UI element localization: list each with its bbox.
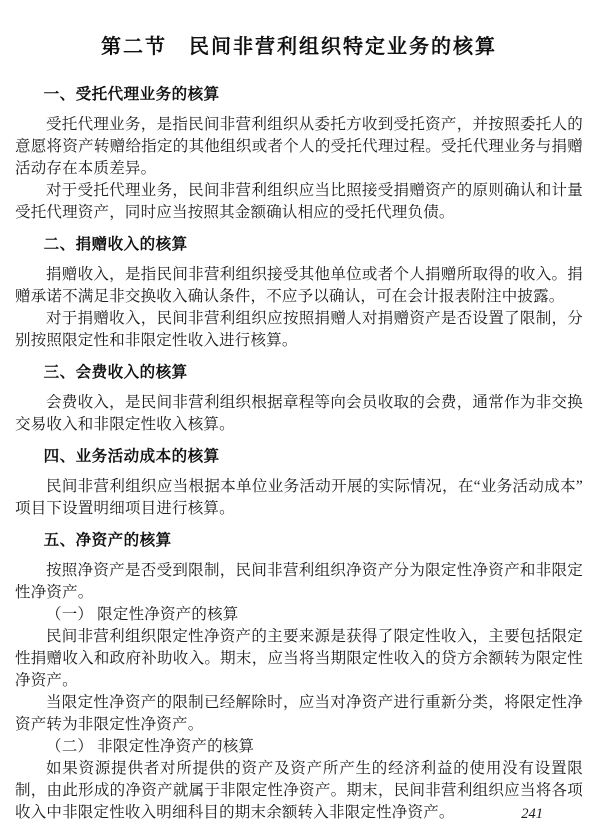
section-heading-1: 一、受托代理业务的核算 xyxy=(15,84,583,106)
paragraph: 对于捐赠收入，民间非营利组织应按照捐赠人对捐赠资产是否设置了限制，分别按照限定性… xyxy=(15,308,583,352)
paragraph: 当限定性净资产的限制已经解除时，应当对净资产进行重新分类，将限定性净资产转为非限… xyxy=(15,692,583,736)
section-heading-3: 三、会费收入的核算 xyxy=(15,362,583,384)
section-heading-5: 五、净资产的核算 xyxy=(15,530,583,552)
paragraph: 如果资源提供者对所提供的资产及资产所产生的经济利益的使用没有设置限制，由此形成的… xyxy=(15,758,583,824)
section-heading-2: 二、捐赠收入的核算 xyxy=(15,234,583,256)
paragraph: 对于受托代理业务，民间非营利组织应当比照接受捐赠资产的原则确认和计量受托代理资产… xyxy=(15,180,583,224)
paragraph: 会费收入，是民间非营利组织根据章程等向会员收取的会费，通常作为非交换交易收入和非… xyxy=(15,392,583,436)
subsection-heading-2: （二） 非限定性净资产的核算 xyxy=(15,736,583,758)
paragraph: 受托代理业务，是指民间非营利组织从委托方收到受托资产，并按照委托人的意愿将资产转… xyxy=(15,114,583,180)
paragraph: 民间非营利组织限定性净资产的主要来源是获得了限定性收入，主要包括限定性捐赠收入和… xyxy=(15,626,583,692)
paragraph: 按照净资产是否受到限制，民间非营利组织净资产分为限定性净资产和非限定性净资产。 xyxy=(15,560,583,604)
page-content: 第二节 民间非营利组织特定业务的核算 一、受托代理业务的核算 受托代理业务，是指… xyxy=(0,0,598,824)
page-title: 第二节 民间非营利组织特定业务的核算 xyxy=(15,34,583,60)
document-page: 第二节 民间非营利组织特定业务的核算 一、受托代理业务的核算 受托代理业务，是指… xyxy=(0,0,598,827)
paragraph: 捐赠收入，是指民间非营利组织接受其他单位或者个人捐赠所取得的收入。捐赠承诺不满足… xyxy=(15,264,583,308)
subsection-heading-1: （一） 限定性净资产的核算 xyxy=(15,604,583,626)
page-number: 241 xyxy=(521,806,543,823)
section-heading-4: 四、业务活动成本的核算 xyxy=(15,446,583,468)
paragraph: 民间非营利组织应当根据本单位业务活动开展的实际情况，在“业务活动成本”项目下设置… xyxy=(15,476,583,520)
